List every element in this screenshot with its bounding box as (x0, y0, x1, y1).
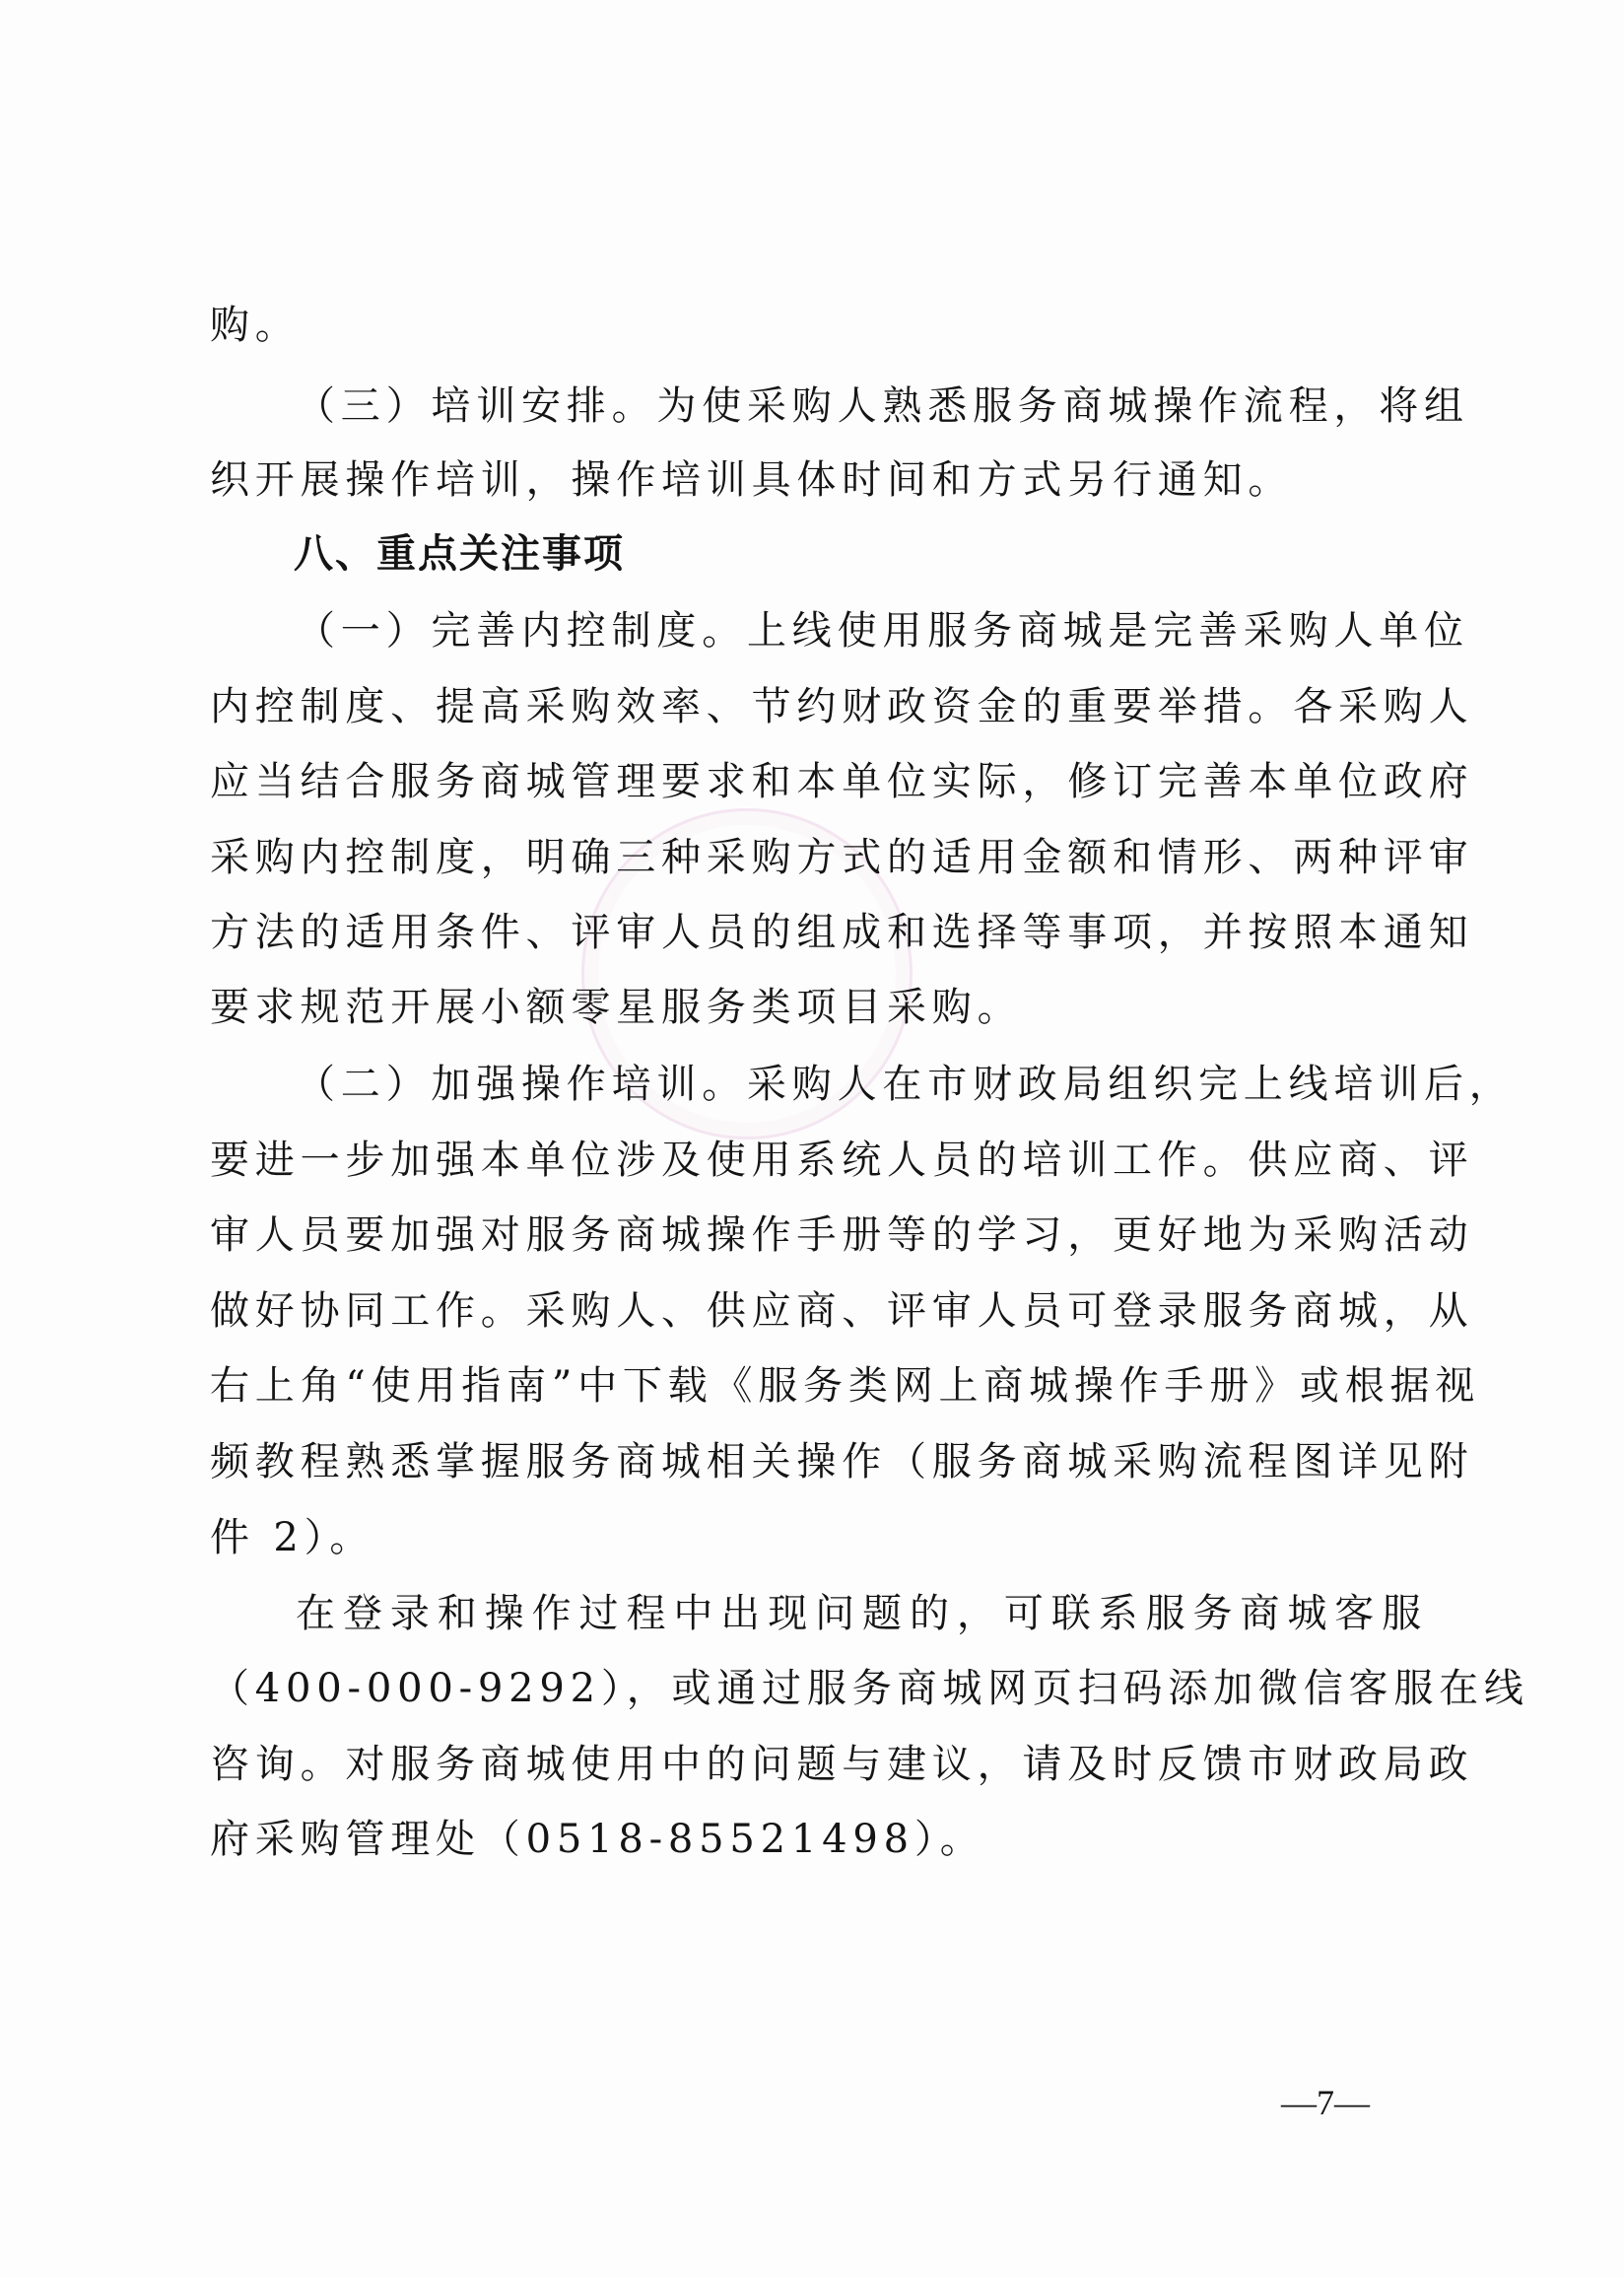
text-line: 要求规范开展小额零星服务类项目采购。 (210, 980, 1427, 1035)
text-line: 府采购管理处（0518-85521498）。 (210, 1812, 1427, 1867)
text-line: （三）培训安排。为使采购人熟悉服务商城操作流程，将组 (296, 379, 1427, 434)
text-line: 咨询。对服务商城使用中的问题与建议，请及时反馈市财政局政 (210, 1737, 1427, 1792)
text-line: 采购内控制度，明确三种采购方式的适用金额和情形、两种评审 (210, 830, 1427, 885)
text-line: 内控制度、提高采购效率、节约财政资金的重要举措。各采购人 (210, 679, 1427, 734)
text-line: 在登录和操作过程中出现问题的，可联系服务商城客服 (296, 1586, 1427, 1641)
text-line: 频教程熟悉掌握服务商城相关操作（服务商城采购流程图详见附 (210, 1434, 1427, 1489)
text-line: （400-000-9292），或通过服务商城网页扫码添加微信客服在线 (210, 1661, 1427, 1716)
text-line: 应当结合服务商城管理要求和本单位实际，修订完善本单位政府 (210, 754, 1427, 809)
text-line: 织开展操作培训，操作培训具体时间和方式另行通知。 (210, 452, 1427, 508)
document-page: 购。（三）培训安排。为使采购人熟悉服务商城操作流程，将组织开展操作培训，操作培训… (0, 0, 1624, 2277)
page-number: —7— (1281, 2082, 1370, 2123)
text-line: 右上角“使用指南”中下载《服务类网上商城操作手册》或根据视 (210, 1358, 1427, 1414)
text-line: 件 2）。 (210, 1510, 1427, 1565)
text-line: 审人员要加强对服务商城操作手册等的学习，更好地为采购活动 (210, 1207, 1427, 1263)
text-line: （二）加强操作培训。采购人在市财政局组织完上线培训后， (296, 1057, 1427, 1112)
text-line: 购。 (210, 298, 1427, 353)
text-line: 做好协同工作。采购人、供应商、评审人员可登录服务商城，从 (210, 1283, 1427, 1339)
text-line: 要进一步加强本单位涉及使用系统人员的培训工作。供应商、评 (210, 1133, 1427, 1188)
text-line: 方法的适用条件、评审人员的组成和选择等事项，并按照本通知 (210, 905, 1427, 960)
section-heading: 八、重点关注事项 (294, 526, 1511, 582)
text-line: （一）完善内控制度。上线使用服务商城是完善采购人单位 (296, 603, 1427, 658)
